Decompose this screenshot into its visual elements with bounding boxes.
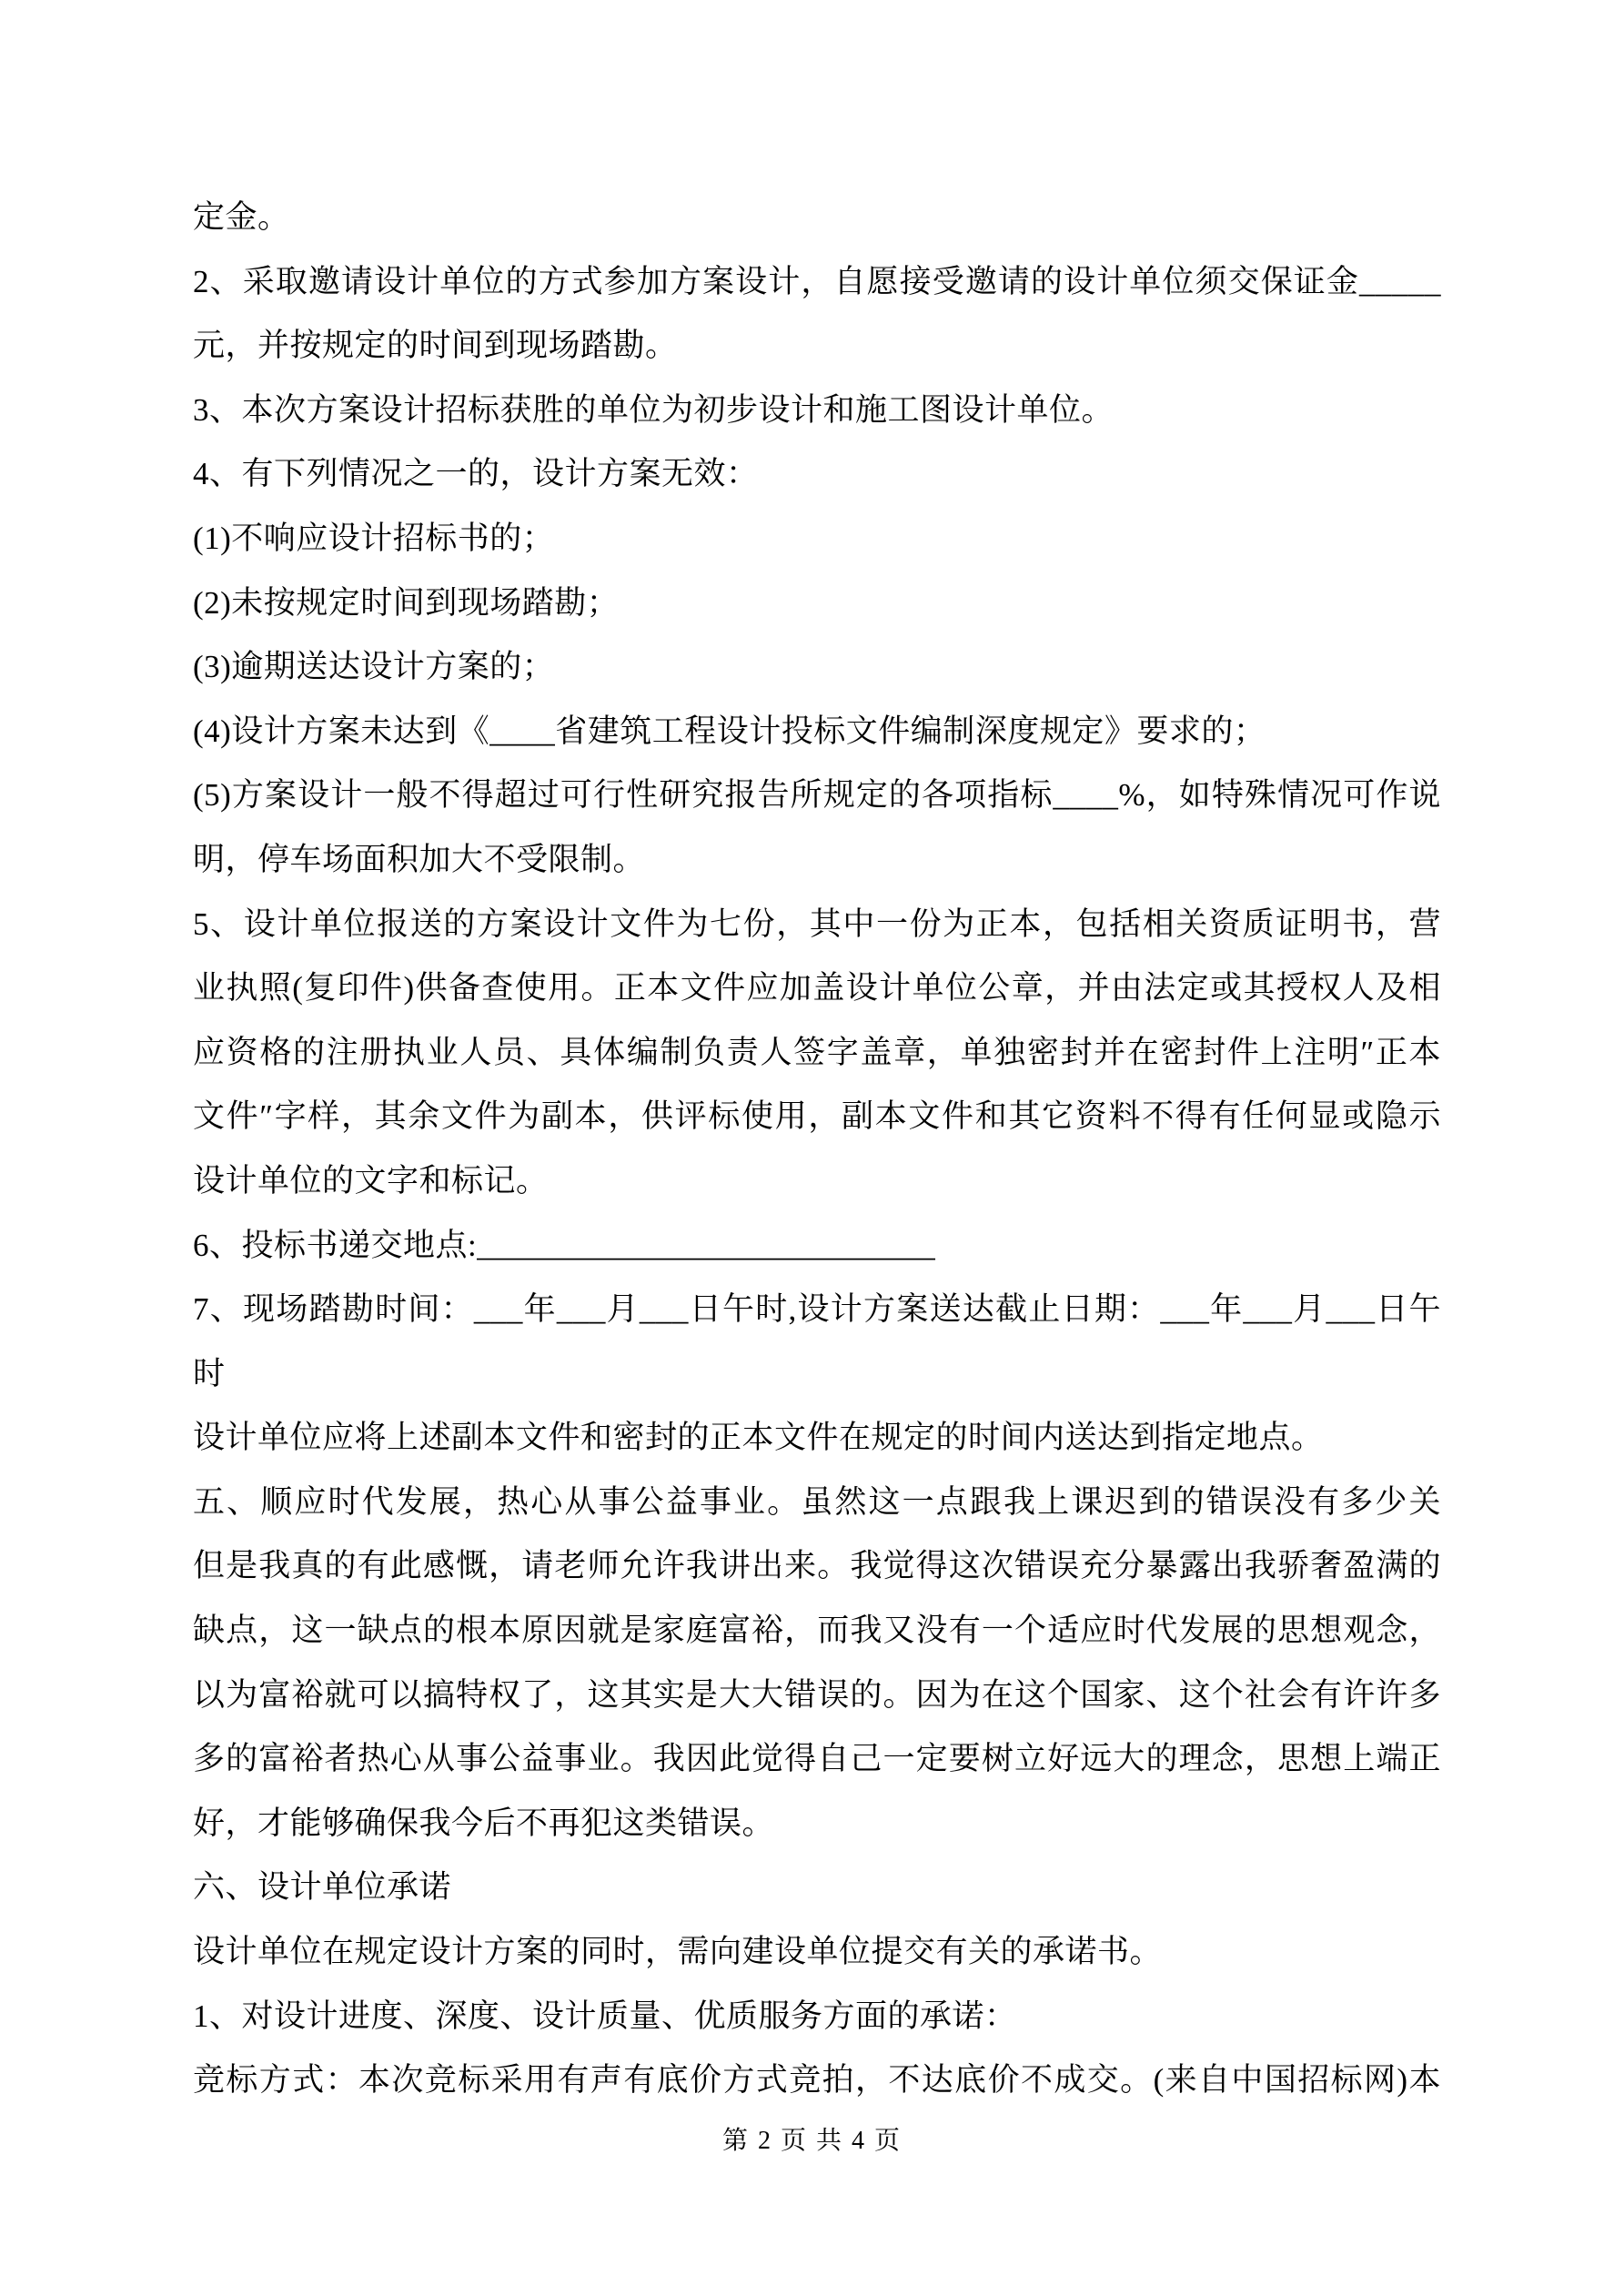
text-line: (3)逾期送达设计方案的；: [193, 635, 1441, 700]
text-line: 缺点，这一缺点的根本原因就是家庭富裕，而我又没有一个适应时代发展的思想观念，: [193, 1599, 1441, 1664]
text-line: 设计单位的文字和标记。: [193, 1149, 1441, 1214]
text-line: 7、现场踏勘时间：___年___月___日午时,设计方案送达截止日期：___年_…: [193, 1278, 1441, 1342]
page-footer: 第 2 页 共 4 页: [0, 2126, 1624, 2157]
text-line: 但是我真的有此感慨，请老师允许我讲出来。我觉得这次错误充分暴露出我骄奢盈满的: [193, 1534, 1441, 1599]
text-line: (5)方案设计一般不得超过可行性研究报告所规定的各项指标____%，如特殊情况可…: [193, 764, 1441, 828]
page-content: 定金。 2、采取邀请设计单位的方式参加方案设计，自愿接受邀请的设计单位须交保证金…: [193, 186, 1441, 2113]
text-line: (2)未按规定时间到现场踏勘；: [193, 571, 1441, 636]
text-line: 多的富裕者热心从事公益事业。我因此觉得自己一定要树立好远大的理念，思想上端正: [193, 1727, 1441, 1792]
text-line: 五、顺应时代发展，热心从事公益事业。虽然这一点跟我上课迟到的错误没有多少关系，: [193, 1471, 1441, 1535]
text-line: 时: [193, 1342, 1441, 1407]
text-line: 3、本次方案设计招标获胜的单位为初步设计和施工图设计单位。: [193, 379, 1441, 443]
text-line: (4)设计方案未达到《____省建筑工程设计投标文件编制深度规定》要求的；: [193, 700, 1441, 764]
text-line: 竞标方式：本次竞标采用有声有底价方式竞拍，不达底价不成交。(来自中国招标网)本: [193, 2048, 1441, 2113]
document-page: 定金。 2、采取邀请设计单位的方式参加方案设计，自愿接受邀请的设计单位须交保证金…: [0, 0, 1624, 2296]
text-line: 好，才能够确保我今后不再犯这类错误。: [193, 1792, 1441, 1856]
text-line: 设计单位在规定设计方案的同时，需向建设单位提交有关的承诺书。: [193, 1920, 1441, 1985]
text-line: 1、对设计进度、深度、设计质量、优质服务方面的承诺：: [193, 1985, 1441, 2049]
text-line: 业执照(复印件)供备查使用。正本文件应加盖设计单位公章，并由法定或其授权人及相: [193, 956, 1441, 1021]
text-line: 应资格的注册执业人员、具体编制负责人签字盖章，单独密封并在密封件上注明″正本: [193, 1021, 1441, 1086]
text-line: 4、有下列情况之一的，设计方案无效：: [193, 442, 1441, 507]
text-line: (1)不响应设计招标书的；: [193, 507, 1441, 571]
text-line: 设计单位应将上述副本文件和密封的正本文件在规定的时间内送达到指定地点。: [193, 1406, 1441, 1471]
text-line: 六、设计单位承诺: [193, 1856, 1441, 1920]
text-line: 6、投标书递交地点:____________________________: [193, 1214, 1441, 1279]
text-line: 文件″字样，其余文件为副本，供评标使用，副本文件和其它资料不得有任何显或隐示: [193, 1085, 1441, 1149]
text-line: 定金。: [193, 186, 1441, 250]
text-line: 2、采取邀请设计单位的方式参加方案设计，自愿接受邀请的设计单位须交保证金____…: [193, 250, 1441, 315]
text-line: 以为富裕就可以搞特权了，这其实是大大错误的。因为在这个国家、这个社会有许许多: [193, 1664, 1441, 1728]
text-line: 明，停车场面积加大不受限制。: [193, 828, 1441, 893]
text-line: 元，并按规定的时间到现场踏勘。: [193, 314, 1441, 379]
text-line: 5、设计单位报送的方案设计文件为七份，其中一份为正本，包括相关资质证明书，营: [193, 893, 1441, 957]
